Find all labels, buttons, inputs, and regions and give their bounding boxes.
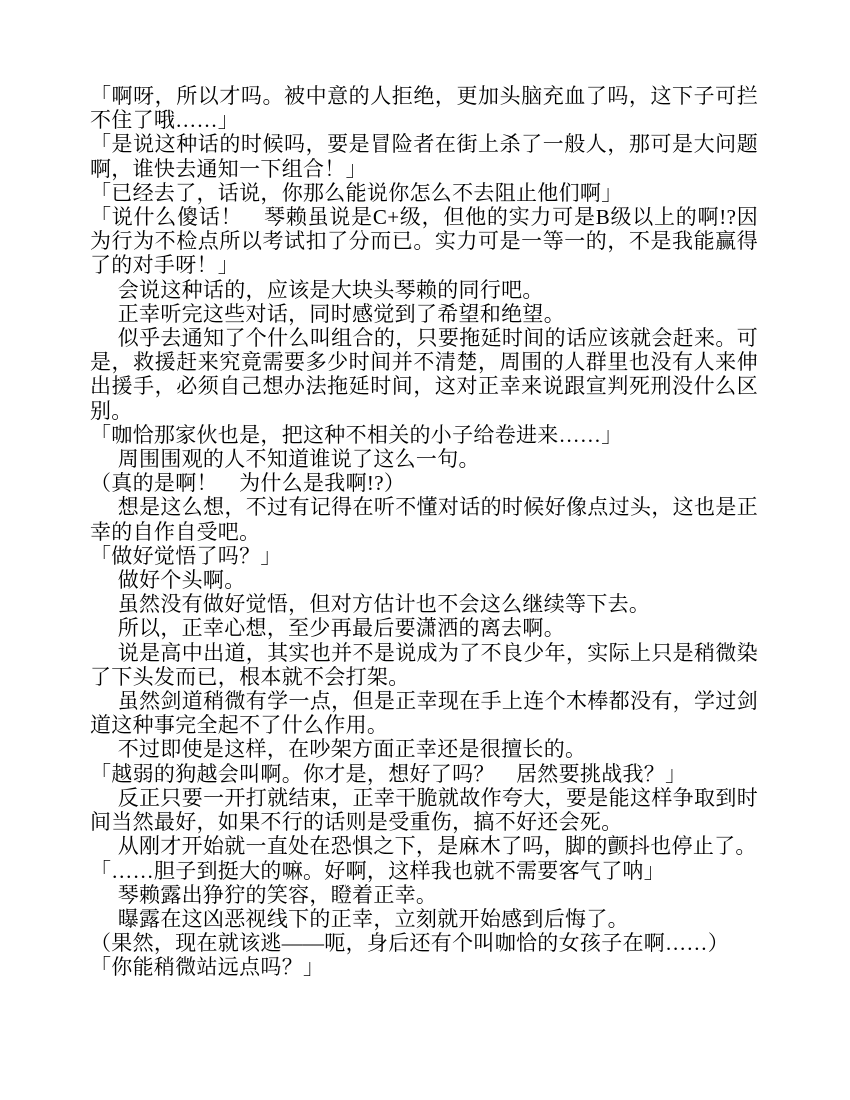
paragraph: 「是说这种话的时候吗，要是冒险者在街上杀了一般人，那可是大问题啊，谁快去通知一下… bbox=[90, 132, 758, 180]
page: 「啊呀，所以才吗。被中意的人拒绝，更加头脑充血了吗，这下子可拦不住了哦……」「是… bbox=[0, 0, 850, 1100]
paragraph: （真的是啊！ 为什么是我啊!?） bbox=[90, 471, 758, 495]
ebook-page-body: { "page": { "background_color": "#ffffff… bbox=[0, 0, 850, 1100]
paragraph: 「说什么傻话！ 琴赖虽说是C+级，但他的实力可是B级以上的啊!?因为行为不检点所… bbox=[90, 205, 758, 278]
paragraph: （果然，现在就该逃——呃，身后还有个叫咖恰的女孩子在啊……） bbox=[90, 931, 758, 955]
paragraph: 周围围观的人不知道谁说了这么一句。 bbox=[90, 447, 758, 471]
paragraph: 正幸听完这些对话，同时感觉到了希望和绝望。 bbox=[90, 302, 758, 326]
paragraph: 会说这种话的，应该是大块头琴赖的同行吧。 bbox=[90, 278, 758, 302]
paragraph: 「你能稍微站远点吗？」 bbox=[90, 955, 758, 979]
paragraph: 「做好觉悟了吗？」 bbox=[90, 544, 758, 568]
paragraph: 说是高中出道，其实也并不是说成为了不良少年，实际上只是稍微染了下头发而已，根本就… bbox=[90, 641, 758, 689]
paragraph: 似乎去通知了个什么叫组合的，只要拖延时间的话应该就会赶来。可是，救援赶来究竟需要… bbox=[90, 326, 758, 423]
paragraph: 「越弱的狗越会叫啊。你才是，想好了吗？ 居然要挑战我？」 bbox=[90, 762, 758, 786]
novel-text: 「啊呀，所以才吗。被中意的人拒绝，更加头脑充血了吗，这下子可拦不住了哦……」「是… bbox=[90, 84, 758, 980]
paragraph: 「……胆子到挺大的嘛。好啊，这样我也就不需要客气了呐」 bbox=[90, 859, 758, 883]
paragraph: 曝露在这凶恶视线下的正幸，立刻就开始感到后悔了。 bbox=[90, 907, 758, 931]
paragraph: 所以，正幸心想，至少再最后要潇洒的离去啊。 bbox=[90, 616, 758, 640]
paragraph: 反正只要一开打就结束，正幸干脆就故作夸大，要是能这样争取到时间当然最好，如果不行… bbox=[90, 786, 758, 834]
paragraph: 虽然剑道稍微有学一点，但是正幸现在手上连个木棒都没有，学过剑道这种事完全起不了什… bbox=[90, 689, 758, 737]
paragraph: 做好个头啊。 bbox=[90, 568, 758, 592]
paragraph: 「咖恰那家伙也是，把这种不相关的小子给卷进来……」 bbox=[90, 423, 758, 447]
paragraph: 「啊呀，所以才吗。被中意的人拒绝，更加头脑充血了吗，这下子可拦不住了哦……」 bbox=[90, 84, 758, 132]
paragraph: 从刚才开始就一直处在恐惧之下，是麻木了吗，脚的颤抖也停止了。 bbox=[90, 834, 758, 858]
paragraph: 想是这么想，不过有记得在听不懂对话的时候好像点过头，这也是正幸的自作自受吧。 bbox=[90, 495, 758, 543]
paragraph: 琴赖露出狰狞的笑容，瞪着正幸。 bbox=[90, 883, 758, 907]
paragraph: 「已经去了，话说，你那么能说你怎么不去阻止他们啊」 bbox=[90, 181, 758, 205]
paragraph: 不过即使是这样，在吵架方面正幸还是很擅长的。 bbox=[90, 737, 758, 761]
paragraph: 虽然没有做好觉悟，但对方估计也不会这么继续等下去。 bbox=[90, 592, 758, 616]
